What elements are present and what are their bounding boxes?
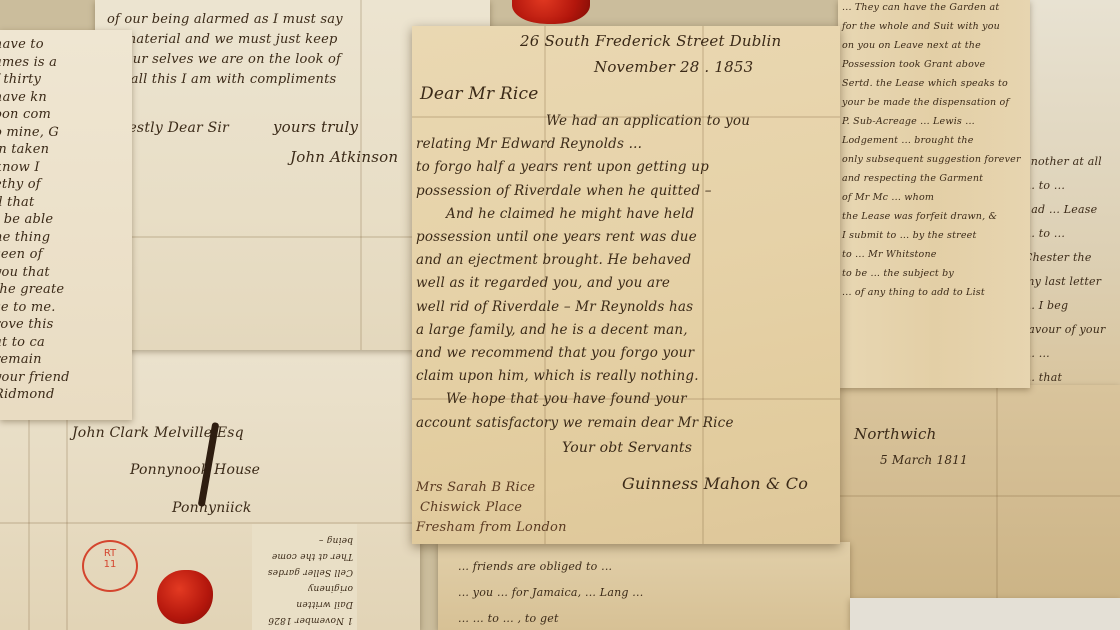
script-line: remain (0, 351, 70, 369)
letter-closing: Your obt Servants (562, 440, 692, 456)
script-line: had ... Lease (1024, 198, 1105, 222)
wax-seal (157, 570, 213, 624)
bottom-note: 1 November 1826 Dail written origineny C… (252, 524, 357, 630)
script-line: in taken (0, 141, 70, 159)
script-line: rove this (0, 316, 70, 334)
script-line: well rid of Riverdale – Mr Reynolds has (416, 296, 750, 319)
script-line: immaterial and we must just keep (107, 30, 343, 50)
script-line: to forgo half a years rent upon getting … (416, 156, 750, 179)
script-line: and we recommend that you forgo your (416, 342, 750, 365)
script-line: Possession took Grant above (842, 55, 1021, 74)
letter-closing: yours truly (273, 118, 358, 136)
bottom-right-paper (850, 598, 1120, 630)
script-line: ... friends are obliged to ... (458, 554, 643, 580)
right-envelope: Northwich 5 March 1811 (836, 385, 1120, 600)
script-line: to our selves we are on the look of (107, 50, 343, 70)
script-line: ... to ... (1024, 174, 1105, 198)
script-line: the greate (0, 281, 70, 299)
script-line: Lodgement ... brought the (842, 131, 1021, 150)
script-line: possession of Riverdale when he quitted … (416, 180, 750, 203)
script-line: o mine, G (0, 124, 70, 142)
script-line: Ridmond (0, 386, 70, 404)
script-line: Cell Seller gardes (258, 564, 353, 580)
script-line: claim upon him, which is really nothing. (416, 365, 750, 388)
script-line: We had an application to you (416, 110, 750, 133)
letter-date: November 28 . 1853 (594, 58, 753, 76)
script-line: f thirty (0, 71, 70, 89)
envelope-date: 5 March 1811 (880, 453, 968, 467)
script-line: se to me. (0, 299, 70, 317)
script-line: a large family, and he is a decent man, (416, 319, 750, 342)
script-line: to ... Mr Whitstone (842, 245, 1021, 264)
postmark-stamp: RT 11 (82, 540, 138, 592)
script-line: ... ... (1024, 342, 1105, 366)
script-line: you that (0, 264, 70, 282)
letter-signature: John Atkinson (290, 148, 398, 166)
script-line: know I (0, 159, 70, 177)
script-line: Ther at the come (258, 548, 353, 564)
script-line: for all this I am with compliments (107, 70, 343, 90)
address-line: Ponnynook House (130, 462, 260, 478)
main-letter: 26 South Frederick Street Dublin Novembe… (412, 26, 840, 544)
script-line: account satisfactory we remain dear Mr R… (416, 412, 750, 435)
script-line: of Mr Mc ... whom (842, 188, 1021, 207)
wax-seal-top (512, 0, 590, 24)
script-line: 1 November 1826 (258, 612, 353, 628)
script-line: relating Mr Edward Reynolds ... (416, 133, 750, 156)
script-line: Sertd. the Lease which speaks to (842, 74, 1021, 93)
letter-place: Westly Dear Sir (115, 120, 229, 136)
script-line: We hope that you have found your (416, 388, 750, 411)
script-line: P. Sub-Acreage ... Lewis ... (842, 112, 1021, 131)
recipient-line: Chiswick Place (420, 500, 522, 515)
script-line: being – (258, 532, 353, 548)
script-line: and respecting the Garment (842, 169, 1021, 188)
script-line: And he claimed he might have held (416, 203, 750, 226)
script-line: at to ca (0, 334, 70, 352)
script-line: seen of (0, 246, 70, 264)
script-line: and an ejectment brought. He behaved (416, 249, 750, 272)
address-line: Ponnyniick (172, 500, 252, 516)
script-line: origineny (258, 580, 353, 596)
letter-salutation: Dear Mr Rice (420, 84, 539, 104)
recipient-line: Fresham from London (416, 520, 567, 535)
script-line: for the whole and Suit with you (842, 17, 1021, 36)
script-line: ... to ... (1024, 222, 1105, 246)
script-line: I submit to ... by the street (842, 226, 1021, 245)
script-line: well as it regarded you, and you are (416, 272, 750, 295)
letter-address: 26 South Frederick Street Dublin (520, 32, 781, 50)
recipient-line: Mrs Sarah B Rice (416, 480, 535, 495)
left-edge-letter: have to ames is a f thirty have kn oon c… (0, 30, 132, 420)
script-line: your friend (0, 369, 70, 387)
script-line: ... you ... for Jamaica, ... Lang ... (458, 580, 643, 606)
script-line: favour of your (1024, 318, 1105, 342)
script-line: ... They can have the Garden at (842, 0, 1021, 17)
script-line: Dail written (258, 596, 353, 612)
letter-signature: Guinness Mahon & Co (622, 474, 808, 493)
script-line: my last letter (1024, 270, 1105, 294)
script-line: ... I beg (1024, 294, 1105, 318)
script-line: to be ... the subject by (842, 264, 1021, 283)
script-line: have to (0, 36, 70, 54)
script-line: t be able (0, 211, 70, 229)
script-line: oon com (0, 106, 70, 124)
script-line: the Lease was forfeit drawn, & (842, 207, 1021, 226)
script-line: another at all (1024, 150, 1105, 174)
script-line: possession until one years rent was due (416, 226, 750, 249)
script-line: Chester the (1024, 246, 1105, 270)
script-line: ... of any thing to add to List (842, 283, 1021, 302)
script-line: on you on Leave next at the (842, 36, 1021, 55)
script-line: have kn (0, 89, 70, 107)
envelope-place: Northwich (854, 425, 937, 443)
script-line: ll that (0, 194, 70, 212)
script-line: ne thing (0, 229, 70, 247)
script-line: only subsequent suggestion forever (842, 150, 1021, 169)
bottom-strip-letter: ... friends are obliged to ... ... you .… (438, 542, 850, 630)
script-line: ethy of (0, 176, 70, 194)
script-line: ames is a (0, 54, 70, 72)
script-line: ... ... to ... , to get (458, 606, 643, 630)
script-line: of our being alarmed as I must say (107, 10, 343, 30)
right-letter: ... They can have the Garden at for the … (838, 0, 1030, 388)
script-line: your be made the dispensation of (842, 93, 1021, 112)
